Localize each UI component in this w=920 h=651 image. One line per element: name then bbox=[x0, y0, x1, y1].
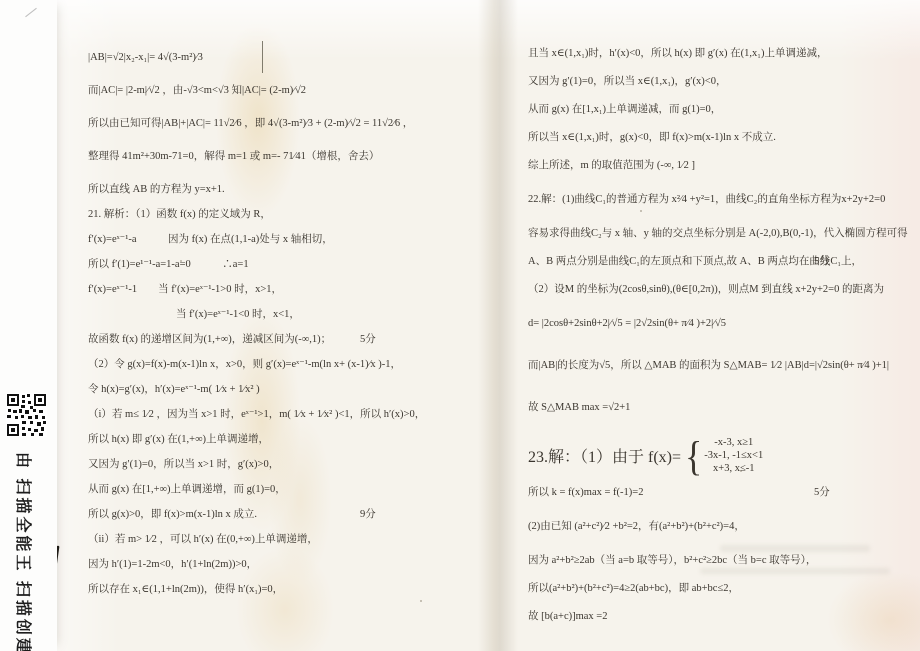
solution-line: 所以(a²+b²)+(b²+c²)=4≥2(ab+bc)，即 ab+bc≤2， bbox=[528, 583, 906, 595]
solution-column-right: 且当 x∈(1,x₁)时，h′(x)<0，所以 h(x) 即 g′(x) 在(1… bbox=[528, 48, 906, 639]
brace-glyph: { bbox=[685, 435, 702, 476]
solution-line: 所以 f′(1)=e¹⁻¹-a=1-a=0 ∴a=1 bbox=[88, 259, 424, 271]
question-23-piecewise-function: 23.解：（1）由于 f(x)= { -x-3, x≥1 -3x-1, -1≤x… bbox=[528, 436, 906, 475]
solution-line: 而|AC|= |2-m|∕√2 ，由-√3<m<√3 知|AC|= (2-m)∕… bbox=[88, 85, 424, 97]
solution-line: 令 h(x)=g′(x)，h′(x)=eˣ⁻¹-m( 1∕x + 1∕x² ) bbox=[88, 384, 424, 396]
qr-code-icon bbox=[6, 393, 47, 437]
piecewise-case: -3x-1, -1≤x<1 bbox=[704, 449, 763, 462]
solution-line: 从而 g(x) 在[1,+∞)上单调递增，而 g(1)=0， bbox=[88, 484, 424, 496]
solution-line: 因为 h′(1)=1-2m<0，h′(1+ln(2m))>0， bbox=[88, 559, 424, 571]
solution-line: 而|AB|的长度为√5，所以 △MAB 的面积为 S△MAB= 1∕2 |AB|… bbox=[528, 360, 906, 372]
solution-line: d= |2cosθ+2sinθ+2|∕√5 = |2√2sin(θ+ π∕4 )… bbox=[528, 318, 906, 330]
solution-line: 所以由已知可得|AB|+|AC|= 11√2∕6 ，即 4√(3-m²)∕3 +… bbox=[88, 118, 424, 130]
solution-line-text: 所以 k = f(x)max = f(-1)=2 bbox=[528, 487, 643, 498]
solution-line: f′(x)=eˣ⁻¹-a 因为 f(x) 在点(1,1-a)处与 x 轴相切， bbox=[88, 234, 424, 246]
scan-scratch-mark bbox=[25, 8, 37, 17]
piecewise-intro: 23.解：（1）由于 f(x)= bbox=[528, 444, 681, 467]
solution-line: 故 [b(a+c)]max =2 bbox=[528, 611, 906, 623]
camscanner-watermark-text: 由 扫描全能王 扫描创建 bbox=[13, 452, 43, 647]
solution-line: f′(x)=eˣ⁻¹-1 当 f′(x)=eˣ⁻¹-1>0 时，x>1， bbox=[88, 284, 424, 296]
page-crease-shadow bbox=[478, 0, 518, 651]
question-22-header: 22.解：(1)曲线C₁的普通方程为 x²∕4 +y²=1，曲线C₂的直角坐标方… bbox=[528, 194, 906, 206]
question-21-header: 21. 解析：（1）函数 f(x) 的定义域为 R， bbox=[88, 209, 424, 221]
solution-line-text: A、B 两点分别是曲线C₁的左顶点和下顶点,故 A、B 两点均在曲线C₁上， bbox=[528, 256, 862, 267]
solution-line-text: 故函数 f(x) 的递增区间为(1,+∞)，递减区间为(-∞,1)； bbox=[88, 334, 331, 345]
solution-line: 故 S△MAB max =√2+1 bbox=[528, 402, 906, 414]
solution-line: 故函数 f(x) 的递增区间为(1,+∞)，递减区间为(-∞,1)； 5分 bbox=[88, 334, 424, 346]
solution-line: 因为 a²+b²≥2ab（当 a=b 取等号），b²+c²≥2bc（当 b=c … bbox=[528, 555, 906, 567]
scanned-page: |AB|=√2|x₂-x₁|= 4√(3-m²)∕3 而|AC|= |2-m|∕… bbox=[0, 0, 920, 651]
solution-line: （ii）若 m> 1∕2 ，可以 h′(x) 在(0,+∞)上单调递增， bbox=[88, 534, 424, 546]
solution-line: |AB|=√2|x₂-x₁|= 4√(3-m²)∕3 bbox=[88, 52, 424, 64]
solution-line: 所以直线 AB 的方程为 y=x+1. bbox=[88, 184, 424, 196]
solution-line: 又因为 g′(1)=0，所以当 x∈(1,x₁)，g′(x)<0， bbox=[528, 76, 906, 88]
solution-line: 所以当 x∈(1,x₁)时，g(x)<0，即 f(x)>m(x-1)ln x 不… bbox=[528, 132, 906, 144]
solution-line: （2）设M 的坐标为(2cosθ,sinθ),(θ∈[0,2π))，则点M 到直… bbox=[528, 284, 906, 296]
piecewise-case: -x-3, x≥1 bbox=[704, 436, 763, 449]
solution-line: 从而 g(x) 在[1,x₁)上单调递减，而 g(1)=0， bbox=[528, 104, 906, 116]
solution-line-text: 所以 g(x)>0，即 f(x)>m(x-1)ln x 成立. bbox=[88, 509, 257, 520]
solution-line: 所以 h(x) 即 g′(x) 在(1,+∞)上单调递增， bbox=[88, 434, 424, 446]
solution-line: 所以 g(x)>0，即 f(x)>m(x-1)ln x 成立. 9分 bbox=[88, 509, 424, 521]
score-badge: 5分 bbox=[814, 256, 830, 268]
score-badge: 5分 bbox=[360, 334, 376, 346]
solution-line: 所以 k = f(x)max = f(-1)=2 5分 bbox=[528, 487, 906, 499]
solution-line: A、B 两点分别是曲线C₁的左顶点和下顶点,故 A、B 两点均在曲线C₁上， 5… bbox=[528, 256, 906, 268]
solution-line: 容易求得曲线C₂与 x 轴、y 轴的交点坐标分别是 A(-2,0),B(0,-1… bbox=[528, 228, 906, 240]
solution-line: 又因为 g′(1)=0，所以当 x>1 时，g′(x)>0， bbox=[88, 459, 424, 471]
score-badge: 9分 bbox=[360, 509, 376, 521]
piecewise-case: x+3, x≤-1 bbox=[704, 462, 763, 475]
solution-line: (2)由已知 (a²+c²)∕2 +b²=2，有(a²+b²)+(b²+c²)=… bbox=[528, 521, 906, 533]
solution-line: 综上所述，m 的取值范围为 (-∞, 1∕2 ] bbox=[528, 160, 906, 172]
solution-line: 且当 x∈(1,x₁)时，h′(x)<0，所以 h(x) 即 g′(x) 在(1… bbox=[528, 48, 906, 60]
solution-line: 所以存在 x₁∈(1,1+ln(2m))，使得 h′(x₁)=0， bbox=[88, 584, 424, 596]
score-badge: 5分 bbox=[814, 487, 830, 499]
scanner-margin-strip: 由 扫描全能王 扫描创建 bbox=[0, 0, 57, 651]
solution-column-left: |AB|=√2|x₂-x₁|= 4√(3-m²)∕3 而|AC|= |2-m|∕… bbox=[88, 52, 424, 609]
solution-line: （2）令 g(x)=f(x)-m(x-1)ln x，x>0，则 g′(x)=eˣ… bbox=[88, 359, 424, 371]
solution-line: 整理得 41m²+30m-71=0，解得 m=1 或 m=- 71∕41（增根，… bbox=[88, 151, 424, 163]
solution-line: 当 f′(x)=eˣ⁻¹-1<0 时，x<1， bbox=[176, 309, 424, 321]
solution-line: （i）若 m≤ 1∕2 ，因为当 x>1 时，eˣ⁻¹>1，m( 1∕x + 1… bbox=[88, 409, 424, 421]
